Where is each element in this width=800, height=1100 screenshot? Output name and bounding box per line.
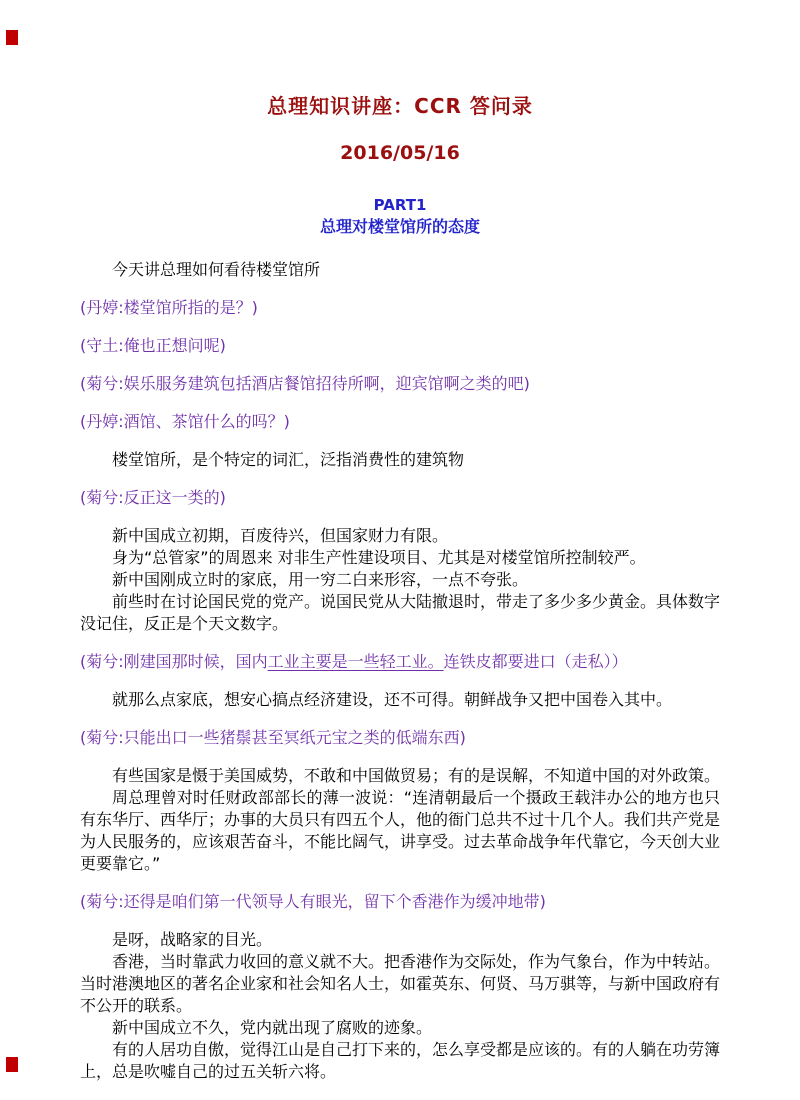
document-page: 总理知识讲座：CCR 答问录 2016/05/16 PART1 总理对楼堂馆所的…: [0, 0, 800, 1100]
document-header: 总理知识讲座：CCR 答问录 2016/05/16 PART1 总理对楼堂馆所的…: [0, 0, 800, 238]
dialog-underlined-segment: 工业主要是一些轻工业。: [268, 652, 444, 671]
narrative-paragraph: 今天讲总理如何看待楼堂馆所: [80, 259, 720, 281]
narrative-paragraph: 楼堂馆所，是个特定的词汇，泛指消费性的建筑物: [80, 449, 720, 471]
document-date: 2016/05/16: [0, 140, 800, 166]
dialog-line: (菊兮:娱乐服务建筑包括酒店餐馆招待所啊，迎宾馆啊之类的吧): [80, 373, 720, 395]
narrative-paragraph: 周总理曾对时任财政部部长的薄一波说：“连清朝最后一个摄政王载沣办公的地方也只有东…: [80, 787, 720, 875]
dialog-line: (丹婷:酒馆、茶馆什么的吗？): [80, 411, 720, 433]
narrative-paragraph: 新中国刚成立时的家底，用一穷二白来形容，一点不夸张。: [80, 569, 720, 591]
document-title: 总理知识讲座：CCR 答问录: [0, 92, 800, 120]
narrative-paragraph: 有些国家是慑于美国威势，不敢和中国做贸易；有的是误解，不知道中国的对外政策。: [80, 765, 720, 787]
narrative-paragraph: 是呀，战略家的目光。: [80, 929, 720, 951]
narrative-paragraph: 香港，当时靠武力收回的意义就不大。把香港作为交际处，作为气象台，作为中转站。当时…: [80, 951, 720, 1017]
document-body: 今天讲总理如何看待楼堂馆所(丹婷:楼堂馆所指的是？)(守土:俺也正想问呢)(菊兮…: [80, 259, 720, 1083]
narrative-paragraph: 前些时在讨论国民党的党产。说国民党从大陆撤退时，带走了多少多少黄金。具体数字没记…: [80, 591, 720, 635]
narrative-paragraph: 有的人居功自傲，觉得江山是自己打下来的，怎么享受都是应该的。有的人躺在功劳簿上，…: [80, 1039, 720, 1083]
page-marker-bottom: [6, 1057, 18, 1072]
part-label: PART1: [0, 194, 800, 216]
page-marker-top: [6, 30, 18, 45]
part-subtitle: 总理对楼堂馆所的态度: [0, 216, 800, 238]
dialog-text-segment: 连铁皮都要进口（走私））: [444, 652, 628, 671]
dialog-line: (守土:俺也正想问呢): [80, 335, 720, 357]
narrative-paragraph: 身为“总管家”的周恩来 对非生产性建设项目、尤其是对楼堂馆所控制较严。: [80, 547, 720, 569]
dialog-line: (丹婷:楼堂馆所指的是？): [80, 297, 720, 319]
dialog-line: (菊兮:还得是咱们第一代领导人有眼光，留下个香港作为缓冲地带): [80, 891, 720, 913]
dialog-line: (菊兮:只能出口一些猪鬃甚至冥纸元宝之类的低端东西): [80, 727, 720, 749]
narrative-paragraph: 新中国成立不久，党内就出现了腐败的迹象。: [80, 1017, 720, 1039]
dialog-line: (菊兮:反正这一类的): [80, 487, 720, 509]
narrative-paragraph: 就那么点家底，想安心搞点经济建设，还不可得。朝鲜战争又把中国卷入其中。: [80, 689, 720, 711]
dialog-text-segment: (菊兮:刚建国那时候，国内: [80, 652, 268, 671]
dialog-line: (菊兮:刚建国那时候，国内工业主要是一些轻工业。连铁皮都要进口（走私））: [80, 651, 720, 673]
narrative-paragraph: 新中国成立初期，百废待兴，但国家财力有限。: [80, 525, 720, 547]
part-heading: PART1 总理对楼堂馆所的态度: [0, 194, 800, 238]
